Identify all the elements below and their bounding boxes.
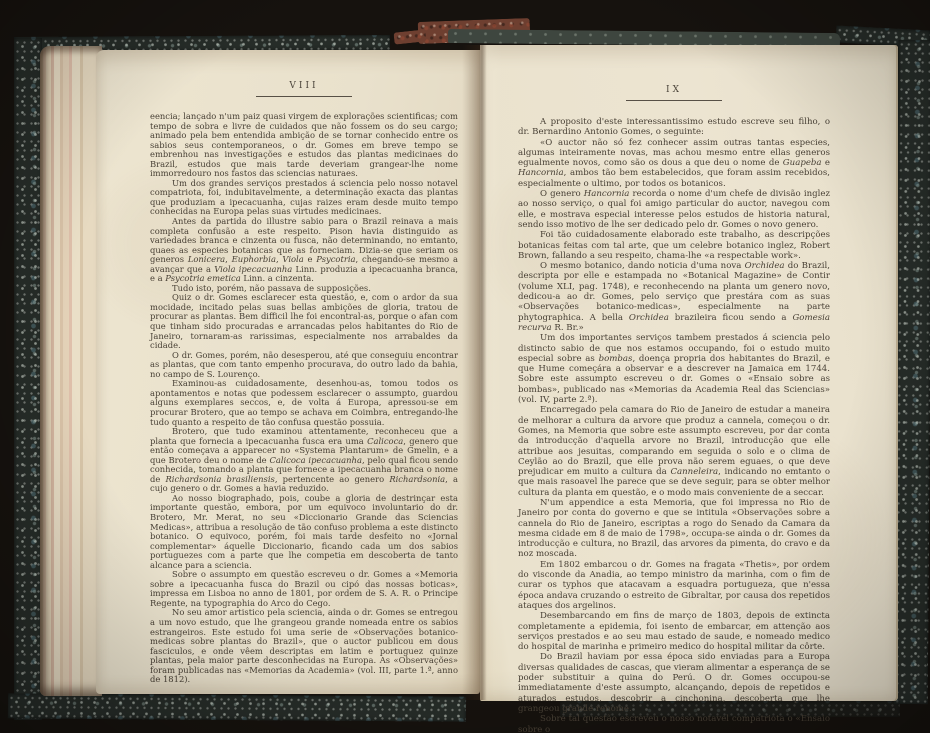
paragraph: Um dos grandes serviços prestados á scie…	[150, 179, 458, 217]
cover-edge-left	[14, 38, 42, 720]
paragraph: Brotero, que tudo examinou attentamente,…	[150, 427, 458, 494]
paragraph: Desembarcando em fins de março de 1803, …	[518, 611, 830, 652]
paragraph: O mesmo botanico, dando noticia d'uma no…	[518, 261, 830, 333]
paragraph: Examinou-as cuidadosamente, desenhou-as,…	[150, 379, 458, 427]
paragraph: eencia; lançado n'um paiz quasi virgem d…	[150, 112, 458, 179]
paragraph: Foi tão cuidadosamente elaborado este tr…	[518, 230, 830, 261]
paragraph: Antes da partida do illustre sabio para …	[150, 217, 458, 284]
left-header-rule	[256, 96, 352, 97]
right-running-head: IX	[518, 85, 830, 101]
paragraph: «O auctor não só fez conhecer assim outr…	[518, 138, 830, 189]
paragraph: N'um appendice a esta Memoria, que foi i…	[518, 498, 830, 560]
page-edge-stack	[40, 46, 102, 696]
paragraph: Sobre tal questão escreveu o nosso notav…	[518, 714, 830, 733]
open-book-scan: VIII eencia; lançado n'um paiz quasi vir…	[0, 0, 930, 733]
paragraph: No seu amor artistico pela sciencia, ain…	[150, 608, 458, 684]
paragraph: Ao nosso biographado, pois, coube a glor…	[150, 494, 458, 570]
right-page: IX A proposito d'este interessantissimo …	[480, 45, 898, 701]
left-page: VIII eencia; lançado n'um paiz quasi vir…	[96, 50, 480, 694]
paragraph: Em 1802 embarcou o dr. Gomes na fragata …	[518, 560, 830, 611]
paragraph: A proposito d'este interessantissimo est…	[518, 117, 830, 138]
paragraph: Quiz o dr. Gomes esclarecer esta questão…	[150, 293, 458, 350]
cover-edge-bottom-left	[8, 693, 466, 721]
left-running-head: VIII	[150, 81, 458, 97]
paragraph: Sobre o assumpto em questão escreveu o d…	[150, 570, 458, 608]
paragraph: Um dos importantes serviços tambem prest…	[518, 333, 830, 405]
paragraph: O dr. Gomes, porém, não desesperou, até …	[150, 351, 458, 380]
right-page-text: A proposito d'este interessantissimo est…	[518, 117, 830, 733]
paragraph: Do Brazil haviam por essa época sido env…	[518, 652, 830, 714]
paragraph: O genero Hancornia recorda o nome d'um c…	[518, 189, 830, 230]
left-page-text: eencia; lançado n'um paiz quasi virgem d…	[150, 112, 458, 685]
right-header-rule	[626, 100, 722, 101]
left-page-number: VIII	[150, 81, 458, 91]
cover-edge-right	[894, 40, 930, 704]
paragraph: Encarregado pela camara do Rio de Janeir…	[518, 405, 830, 498]
right-page-number: IX	[518, 85, 830, 95]
